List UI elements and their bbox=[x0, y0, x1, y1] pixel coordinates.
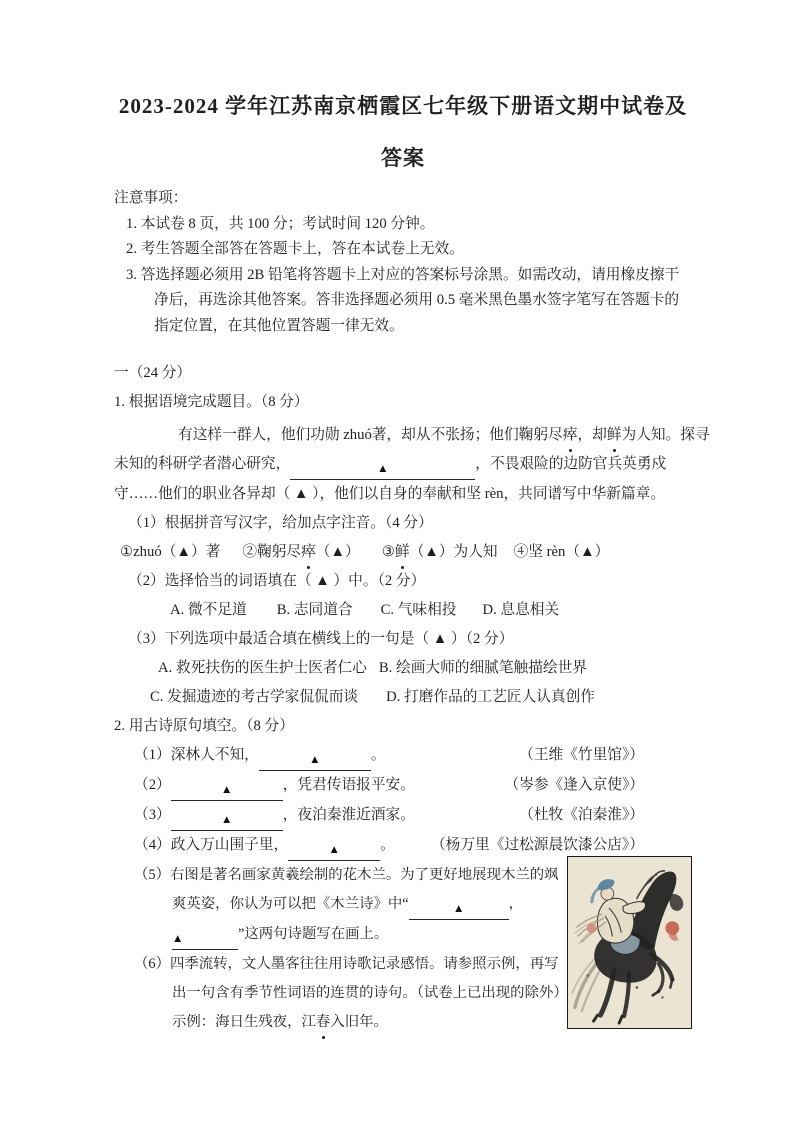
q2-item-1: （1）深林人不知，▲。（王维《竹里馆》） bbox=[134, 741, 692, 771]
text-run: ，却 bbox=[577, 427, 606, 443]
inline-gap bbox=[360, 555, 382, 556]
text-run: C. 发掘遗迹的考古学家侃侃而谈 bbox=[150, 689, 358, 705]
exam-paper-page: 2023-2024 学年江苏南京栖霞区七年级下册语文期中试卷及 答案 注意事项：… bbox=[0, 0, 793, 1122]
q1-sub2-options: A. 微不足道B. 志同道合C. 气味相投D. 息息相关 bbox=[170, 596, 692, 625]
answer-blank-underline: ▲ bbox=[259, 752, 371, 771]
text-run: （3）下列选项中最适合填在横线上的一句是（ ▲ ）（2 分） bbox=[128, 631, 513, 647]
text-run: 入旧年。 bbox=[330, 1014, 388, 1030]
q1-passage-line: 守……他们的职业各异却（ ▲ ），他们以自身的奉献和坚 rèn，共同谱写中华新篇… bbox=[114, 480, 692, 509]
text-run: （5）右图是著名画家黄羲绘制的花木兰。为了更好地展现木兰的飒 bbox=[134, 867, 559, 883]
mulan-painting bbox=[567, 856, 692, 1029]
text-run: ，夜泊秦淮近酒家。 bbox=[283, 807, 415, 823]
text-run: ”这两句诗题写在画上。 bbox=[238, 926, 388, 942]
text-run: 为人知。探寻 bbox=[622, 427, 710, 443]
q1-sub3-options-cd: C. 发掘遗迹的考古学家侃侃而谈D. 打磨作品的工艺匠人认真创作 bbox=[150, 683, 692, 712]
answer-blank-underline: ▲ bbox=[409, 901, 509, 920]
inline-gap bbox=[367, 671, 379, 672]
notice-item-1: 1. 本试卷 8 页，共 100 分；考试时间 120 分钟。 bbox=[126, 212, 692, 238]
emphasized-char: 鲜 bbox=[395, 538, 410, 567]
inline-gap bbox=[456, 613, 482, 614]
text-run: （2） bbox=[134, 777, 171, 793]
text-run: ①zhuó（▲）著 bbox=[120, 544, 220, 560]
emphasized-char: 春 bbox=[316, 1008, 330, 1037]
emphasized-char: 瘁 bbox=[563, 421, 578, 450]
text-run: 指定位置，在其他位置答题一律无效。 bbox=[154, 318, 404, 334]
inline-gap bbox=[220, 555, 242, 556]
poem-source: （王维《竹里馆》） bbox=[519, 741, 644, 770]
text-run: ②鞠躬尽 bbox=[242, 544, 301, 560]
text-run: 净后，再选涂其他答案。答非选择题必须用 0.5 毫米黑色墨水签字笔写在答题卡的 bbox=[154, 292, 679, 308]
text-run: （1）根据拼音写汉字，给加点字注音。（4 分） bbox=[128, 515, 433, 531]
text-run: 出一句含有季节性词语的连贯的诗句。（试卷上已出现的除外） bbox=[172, 985, 568, 1001]
q1-sub2-heading: （2）选择恰当的词语填在（ ▲ ）中。（2 分） bbox=[128, 567, 692, 596]
page-title-line2: 答案 bbox=[114, 140, 692, 176]
text-run: B. 绘画大师的细腻笔触描绘世界 bbox=[379, 660, 587, 676]
inline-gap bbox=[247, 613, 277, 614]
answer-blank-underline: ▲ bbox=[171, 782, 283, 801]
text-run: D. 息息相关 bbox=[482, 602, 559, 618]
text-run: 1. 根据语境完成题目。（8 分） bbox=[114, 394, 309, 410]
text-run: （▲）为人知 bbox=[410, 544, 498, 560]
notice-heading: 注意事项： bbox=[114, 186, 692, 212]
text-run: 。 bbox=[371, 747, 386, 763]
text-run: ③ bbox=[382, 544, 395, 560]
text-run: A. 救死扶伤的医生护士医者仁心 bbox=[158, 660, 367, 676]
text-run: 守……他们的职业各异却（ ▲ ），他们以自身的奉献和坚 rèn，共同谱写中华新篇… bbox=[114, 486, 665, 502]
inline-gap bbox=[353, 613, 381, 614]
q1-passage-line: 有这样一群人，他们功勋 zhuó著，却从不张扬；他们鞠躬尽瘁，却鲜为人知。探寻 bbox=[178, 421, 692, 450]
q2-item-2: （2）▲，凭君传语报平安。（岑参《逢入京使》） bbox=[134, 771, 692, 801]
q1-heading: 1. 根据语境完成题目。（8 分） bbox=[114, 388, 692, 417]
text-run: 1. 本试卷 8 页，共 100 分；考试时间 120 分钟。 bbox=[126, 216, 434, 232]
q1-sub1-heading: （1）根据拼音写汉字，给加点字注音。（4 分） bbox=[128, 509, 692, 538]
text-run: （3） bbox=[134, 807, 171, 823]
text-run: 爽英姿，你认为可以把《木兰诗》中“ bbox=[172, 896, 409, 912]
text-run: （6）四季流转，文人墨客往往用诗歌记录感悟。请参照示例，再写 bbox=[134, 956, 559, 972]
text-run: 2. 考生答题全部答在答题卡上，答在本试卷上无效。 bbox=[126, 241, 464, 257]
text-run: 有这样一群人，他们功勋 zhuó著，却从不张扬；他们鞠躬尽 bbox=[178, 427, 563, 443]
q1-sub3-options-ab: A. 救死扶伤的医生护士医者仁心B. 绘画大师的细腻笔触描绘世界 bbox=[158, 654, 692, 683]
text-run: （▲） bbox=[316, 544, 360, 560]
q1-sub3-heading: （3）下列选项中最适合填在横线上的一句是（ ▲ ）（2 分） bbox=[128, 625, 692, 654]
text-run: 一（24 分） bbox=[114, 365, 191, 381]
answer-blank-underline: ▲ bbox=[171, 812, 283, 831]
poem-source: （杜牧《泊秦淮》） bbox=[519, 801, 644, 830]
inline-gap bbox=[358, 700, 386, 701]
text-run: 3. 答选择题必须用 2B 铅笔将答题卡上对应的答案标号涂黑。如需改动，请用橡皮… bbox=[126, 267, 679, 283]
text-run: 示例：海日生残夜，江 bbox=[172, 1014, 316, 1030]
text-run: C. 气味相投 bbox=[381, 602, 457, 618]
q1-passage-line: 未知的科研学者潜心研究，▲，不畏艰险的边防官兵英勇戍 bbox=[114, 450, 692, 480]
text-run: D. 打磨作品的工艺匠人认真创作 bbox=[386, 689, 595, 705]
emphasized-char: 瘁 bbox=[301, 538, 316, 567]
answer-blank-underline: ▲ bbox=[288, 842, 380, 861]
notice-item-3-cont: 净后，再选涂其他答案。答非选择题必须用 0.5 毫米黑色墨水签字笔写在答题卡的 bbox=[154, 288, 692, 314]
vertical-spacer bbox=[114, 339, 692, 359]
text-run: ，凭君传语报平安。 bbox=[283, 777, 415, 793]
text-run: （杨万里《过松源晨饮漆公店》） bbox=[431, 837, 644, 853]
answer-blank-underline: ▲ bbox=[290, 461, 475, 480]
page-title-line1: 2023-2024 学年江苏南京栖霞区七年级下册语文期中试卷及 bbox=[114, 88, 692, 124]
notice-item-3: 3. 答选择题必须用 2B 铅笔将答题卡上对应的答案标号涂黑。如需改动，请用橡皮… bbox=[126, 263, 692, 289]
section-1-heading: 一（24 分） bbox=[114, 359, 692, 388]
text-run: A. 微不足道 bbox=[170, 602, 247, 618]
text-run: ④坚 rèn（▲） bbox=[514, 544, 610, 560]
inline-gap bbox=[395, 848, 431, 849]
text-run: 注意事项： bbox=[114, 190, 187, 206]
q1-sub1-items: ①zhuó（▲）著②鞠躬尽瘁（▲）③鲜（▲）为人知④坚 rèn（▲） bbox=[120, 538, 692, 567]
text-run: 未知的科研学者潜心研究， bbox=[114, 456, 290, 472]
poem-source: （岑参《逢入京使》） bbox=[504, 771, 644, 800]
notice-item-2: 2. 考生答题全部答在答题卡上，答在本试卷上无效。 bbox=[126, 237, 692, 263]
text-run: ，不畏艰险的边防官兵英勇戍 bbox=[475, 456, 666, 472]
inline-gap bbox=[498, 555, 514, 556]
answer-blank-underline: ▲ bbox=[172, 931, 238, 950]
notice-item-3-cont: 指定位置，在其他位置答题一律无效。 bbox=[154, 314, 692, 340]
text-run: 2. 用古诗原句填空。（8 分） bbox=[114, 718, 294, 734]
q2-item-3: （3）▲，夜泊秦淮近酒家。（杜牧《泊秦淮》） bbox=[134, 801, 692, 831]
emphasized-char: 鲜 bbox=[607, 421, 622, 450]
text-run: （1）深林人不知， bbox=[134, 747, 259, 763]
text-run: （2）选择恰当的词语填在（ ▲ ）中。（2 分） bbox=[128, 573, 425, 589]
text-run: （4）政入万山围子里， bbox=[134, 837, 288, 853]
text-run: ， bbox=[509, 896, 523, 912]
text-run: B. 志同道合 bbox=[277, 602, 353, 618]
q2-heading: 2. 用古诗原句填空。（8 分） bbox=[114, 712, 692, 741]
mulan-painting-art bbox=[568, 857, 691, 1028]
text-run: 。 bbox=[380, 837, 395, 853]
